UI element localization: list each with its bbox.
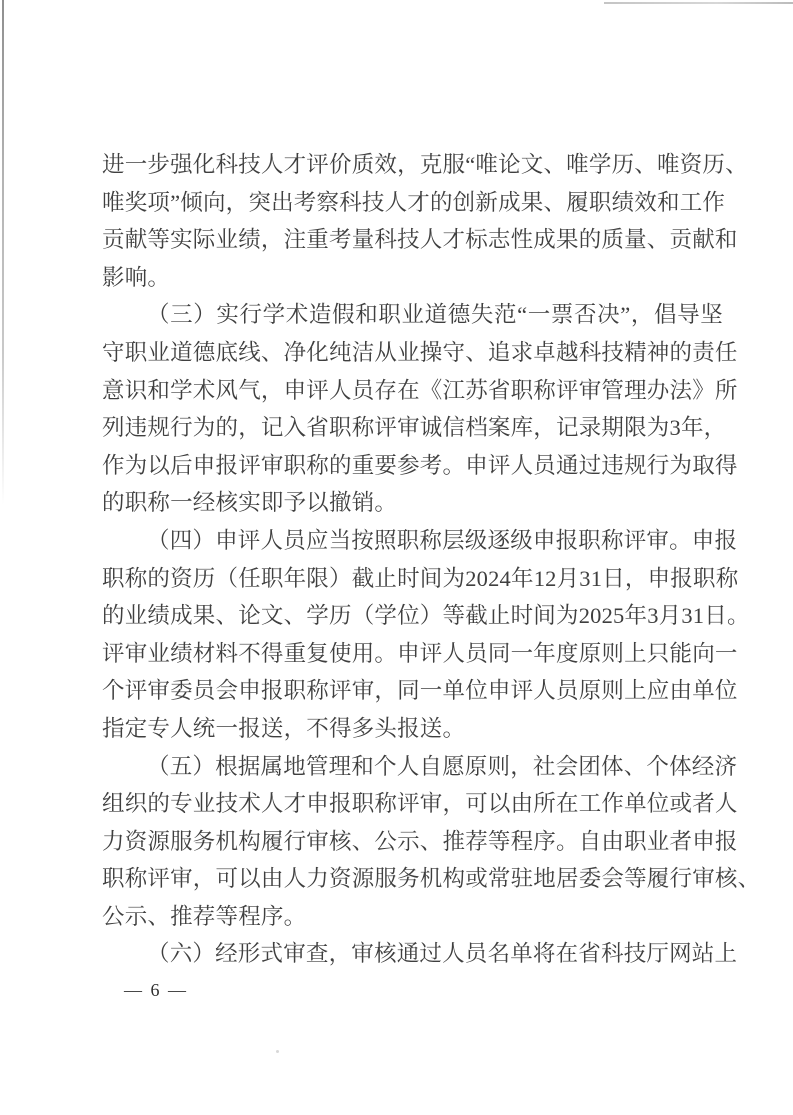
paragraph-continuation: 进一步强化科技人才评价质效，克服“唯论文、唯学历、唯资历、 唯奖项”倾向，突出考… bbox=[102, 146, 723, 296]
text-line: 贡献等实际业绩，注重考量科技人才标志性成果的质量、贡献和 bbox=[102, 221, 723, 259]
text-line: 守职业道德底线、净化纯洁从业操守、追求卓越科技精神的责任 bbox=[102, 334, 723, 372]
document-body: 进一步强化科技人才评价质效，克服“唯论文、唯学历、唯资历、 唯奖项”倾向，突出考… bbox=[102, 146, 723, 973]
text-line: 的业绩成果、论文、学历（学位）等截止时间为2025年3月31日。 bbox=[102, 597, 723, 635]
text-line: （三）实行学术造假和职业道德失范“一票否决”，倡导坚 bbox=[102, 296, 723, 334]
text-line: 个评审委员会申报职称评审，同一单位申评人员原则上应由单位 bbox=[102, 672, 723, 710]
paragraph-item-3: （三）实行学术造假和职业道德失范“一票否决”，倡导坚 守职业道德底线、净化纯洁从… bbox=[102, 296, 723, 522]
paragraph-item-4: （四）申评人员应当按照职称层级逐级申报职称评审。申报 职称的资历（任职年限）截止… bbox=[102, 522, 723, 748]
scan-artifact-left-line bbox=[2, 0, 4, 505]
text-line: （五）根据属地管理和个人自愿原则，社会团体、个体经济 bbox=[102, 748, 723, 786]
text-line: （四）申评人员应当按照职称层级逐级申报职称评审。申报 bbox=[102, 522, 723, 560]
text-line: 指定专人统一报送，不得多头报送。 bbox=[102, 710, 723, 748]
text-line: 力资源服务机构履行审核、公示、推荐等程序。自由职业者申报 bbox=[102, 823, 723, 861]
page-number: — 6 — bbox=[124, 978, 188, 1002]
text-line: 意识和学术风气，申评人员存在《江苏省职称评审管理办法》所 bbox=[102, 372, 723, 410]
text-line: 职称的资历（任职年限）截止时间为2024年12月31日，申报职称 bbox=[102, 560, 723, 598]
paragraph-item-5: （五）根据属地管理和个人自愿原则，社会团体、个体经济 组织的专业技术人才申报职称… bbox=[102, 748, 723, 936]
text-line: （六）经形式审查，审核通过人员名单将在省科技厅网站上 bbox=[102, 935, 723, 973]
text-line: 影响。 bbox=[102, 259, 723, 297]
text-line: 唯奖项”倾向，突出考察科技人才的创新成果、履职绩效和工作 bbox=[102, 184, 723, 222]
text-line: 评审业绩材料不得重复使用。申评人员同一年度原则上只能向一 bbox=[102, 635, 723, 673]
scan-artifact-speck bbox=[276, 1050, 279, 1053]
scan-artifact-top-line bbox=[604, 2, 793, 4]
text-line: 进一步强化科技人才评价质效，克服“唯论文、唯学历、唯资历、 bbox=[102, 146, 723, 184]
text-line: 作为以后申报评审职称的重要参考。申评人员通过违规行为取得 bbox=[102, 447, 723, 485]
text-line: 公示、推荐等程序。 bbox=[102, 898, 723, 936]
text-line: 职称评审，可以由人力资源服务机构或常驻地居委会等履行审核、 bbox=[102, 860, 723, 898]
text-line: 的职称一经核实即予以撤销。 bbox=[102, 484, 723, 522]
text-line: 组织的专业技术人才申报职称评审，可以由所在工作单位或者人 bbox=[102, 785, 723, 823]
paragraph-item-6: （六）经形式审查，审核通过人员名单将在省科技厅网站上 bbox=[102, 935, 723, 973]
document-page: 进一步强化科技人才评价质效，克服“唯论文、唯学历、唯资历、 唯奖项”倾向，突出考… bbox=[0, 0, 793, 1115]
text-line: 列违规行为的，记入省职称评审诚信档案库，记录期限为3年， bbox=[102, 409, 723, 447]
